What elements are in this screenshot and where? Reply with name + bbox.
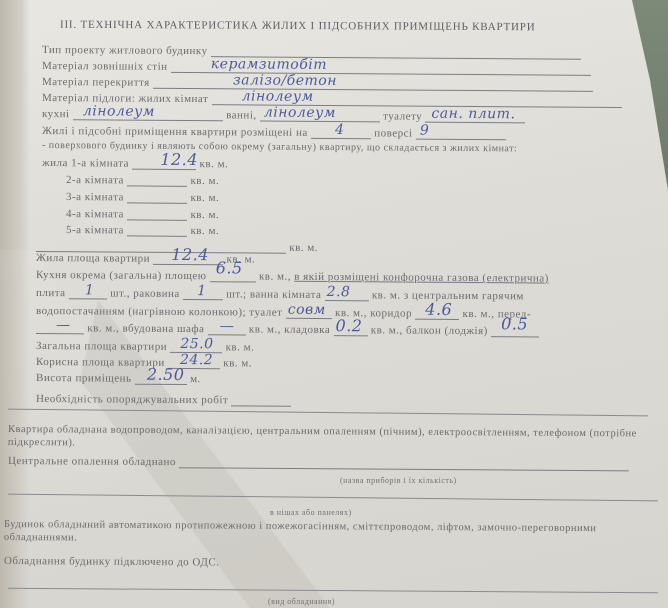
stove-count-blank: 1 (69, 287, 107, 299)
corridor-area-blank: 4.6 (415, 308, 459, 320)
room-row: жила 1-а кімната 12.4 кв. м. (42, 157, 228, 170)
closet-area-blank: — (208, 323, 246, 335)
room-5-blank (127, 224, 187, 236)
storeys-blank: 9 (416, 128, 506, 141)
kitchen-floor-blank: лінолеум (73, 108, 223, 121)
field-total-area: Загальна площа квартири 25.0 кв. м. (36, 340, 254, 354)
finishing-works-blank (231, 394, 291, 406)
sink-count-blank: 1 (183, 288, 223, 300)
heating-caption: (назва приборів і їх кількість) (340, 476, 457, 485)
toilet-area-blank: совм (286, 307, 332, 319)
toilet-floor-blank: сан. плит. (425, 111, 525, 124)
field-ceiling-height: Висота приміщень 2.50 м. (36, 372, 201, 385)
bathroom-floor-blank: лінолеум (260, 110, 380, 123)
room-2-blank (127, 174, 187, 186)
ceiling-height-blank: 2.50 (135, 373, 187, 385)
kitchen-area-blank: 6.5 (210, 270, 256, 282)
room-row: 2-а кімната кв. м. (66, 174, 219, 187)
room-row: 5-а кімната кв. м. (66, 224, 219, 237)
bathroom-area-blank: 2.8 (325, 289, 369, 301)
building-equipment-note: Будинок обладнаний автоматикою протипоже… (4, 518, 664, 549)
room-row: 3-а кімната кв. м. (66, 191, 219, 204)
room-4-blank (127, 208, 187, 220)
room-3-blank (127, 191, 187, 203)
ods-note: Обладнання будинку підключено до ОДС. (4, 555, 220, 569)
page-binding-edge (0, 0, 30, 608)
section-title: III. ТЕХНІЧНА ХАРАКТЕРИСТИКА ЖИЛИХ І ПІД… (60, 19, 536, 33)
balcony-area-blank: 0.5 (491, 325, 539, 337)
field-finishing-works: Необхідність опоряджувальних робіт (36, 393, 292, 407)
ods-caption: (вид обладнання) (268, 597, 335, 606)
room-row: 4-а кімната кв. м. (66, 208, 219, 221)
room-1-blank: 12.4 (132, 158, 196, 170)
hallway-area-blank: — (36, 322, 84, 334)
equipment-note: Квартира обладнана водопроводом, каналіз… (8, 423, 658, 454)
living-area-blank: 12.4 (153, 253, 223, 265)
field-usable-area: Корисна площа квартири 24.2 кв. м. (36, 356, 252, 370)
floor-number-blank: 4 (311, 127, 371, 139)
storage-area-blank: 0.2 (333, 324, 367, 336)
location-caption: в нішах або панелях) (270, 508, 352, 517)
